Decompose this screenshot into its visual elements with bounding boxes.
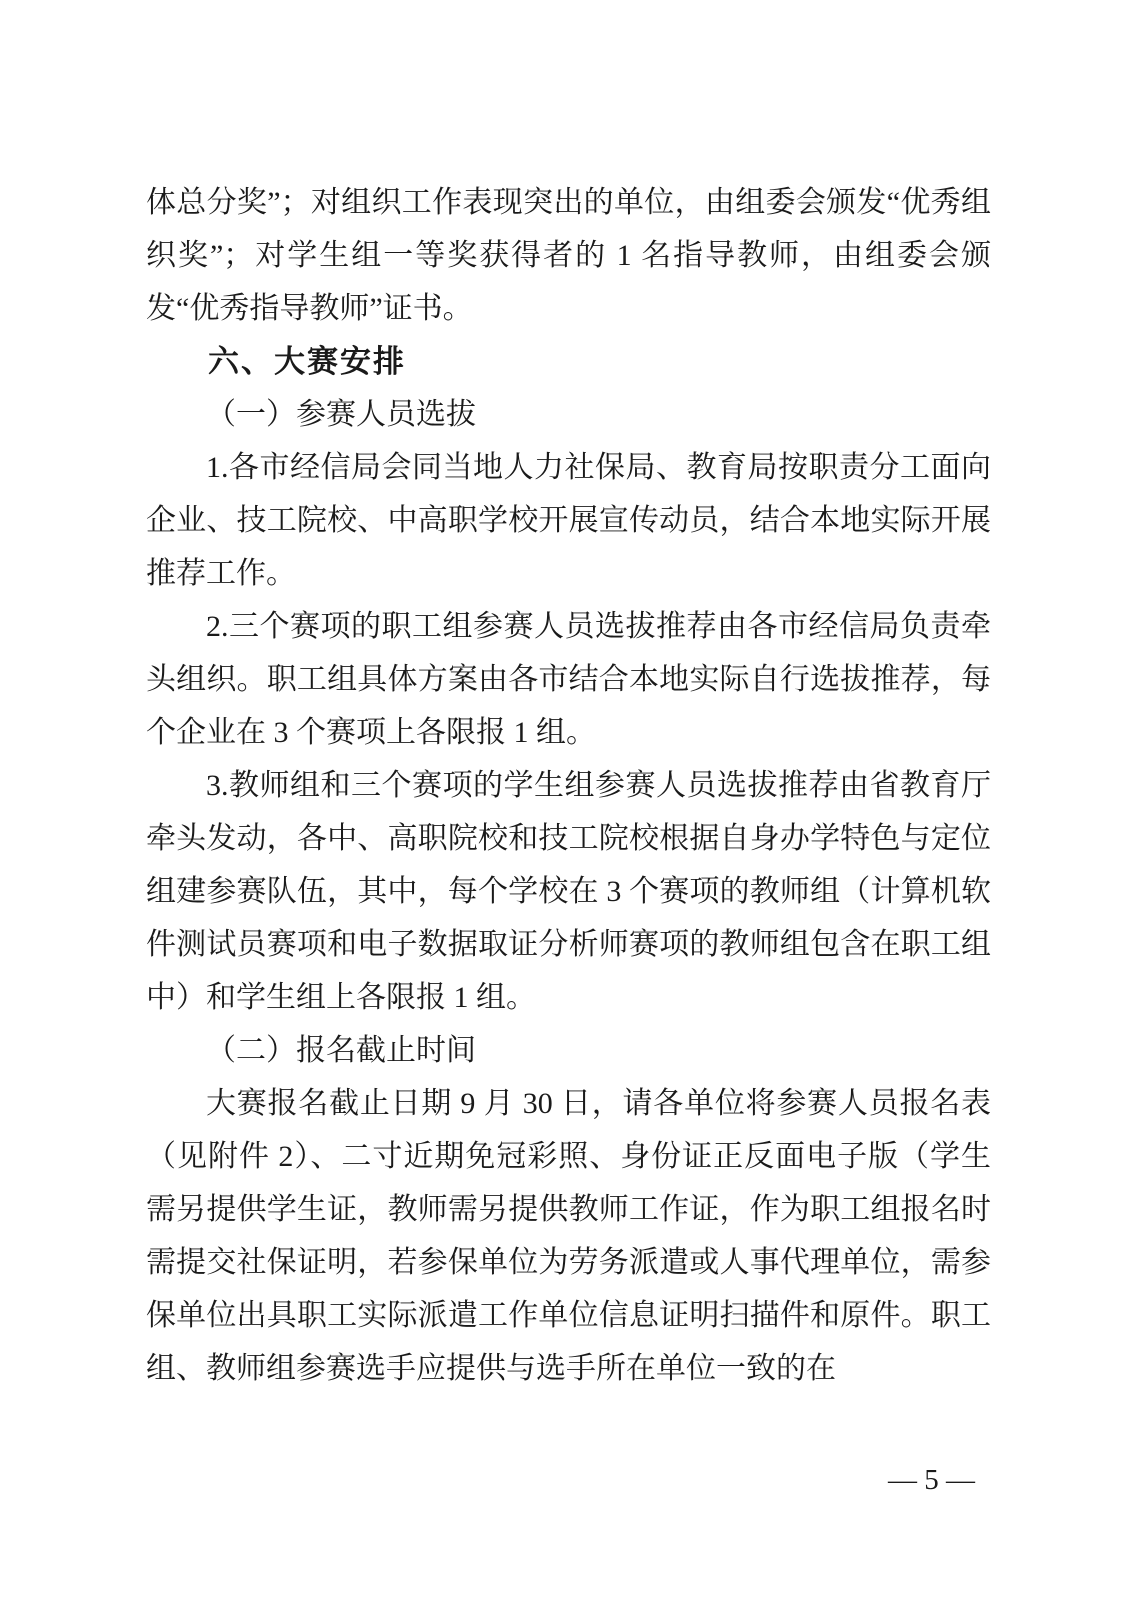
paragraph-2-worker-group-selection: 2.三个赛项的职工组参赛人员选拔推荐由各市经信局负责牵头组织。职工组具体方案由各… <box>146 600 991 759</box>
document-content: 体总分奖”；对组织工作表现突出的单位，由组委会颁发“优秀组织奖”；对学生组一等奖… <box>146 176 991 1395</box>
paragraph-3-teacher-student-group-selection: 3.教师组和三个赛项的学生组参赛人员选拔推荐由省教育厅牵头发动，各中、高职院校和… <box>146 759 991 1024</box>
paragraph-award-continuation: 体总分奖”；对组织工作表现突出的单位，由组委会颁发“优秀组织奖”；对学生组一等奖… <box>146 176 991 335</box>
paragraph-registration-requirements: 大赛报名截止日期 9 月 30 日，请各单位将参赛人员报名表（见附件 2）、二寸… <box>146 1077 991 1395</box>
document-page: 体总分奖”；对组织工作表现突出的单位，由组委会颁发“优秀组织奖”；对学生组一等奖… <box>0 0 1131 1600</box>
page-number: — 5 — <box>888 1462 975 1498</box>
paragraph-1-city-bureau-promotion: 1.各市经信局会同当地人力社保局、教育局按职责分工面向企业、技工院校、中高职学校… <box>146 441 991 600</box>
subsection-heading-participant-selection: （一）参赛人员选拔 <box>146 388 991 441</box>
subsection-heading-registration-deadline: （二）报名截止时间 <box>146 1024 991 1077</box>
section-heading-competition-arrangement: 六、大赛安排 <box>146 335 991 388</box>
